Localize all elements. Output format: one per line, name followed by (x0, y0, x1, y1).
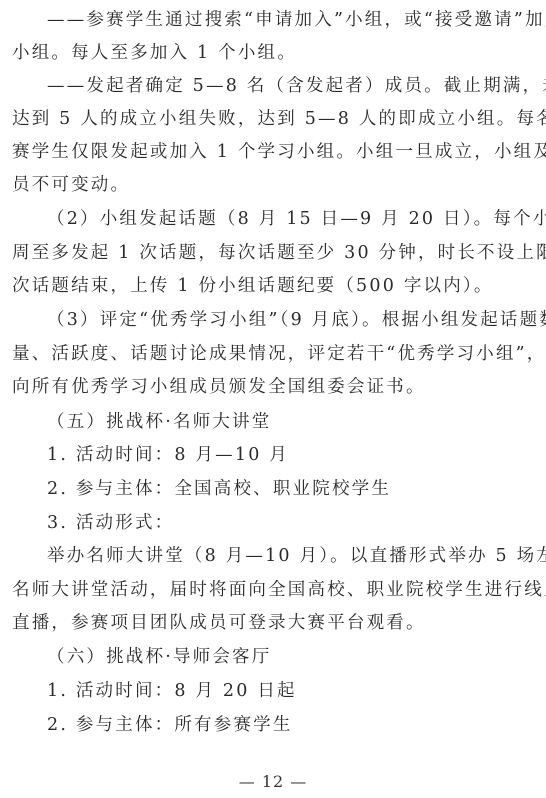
paragraph-line: 达到 5 人的成立小组失败，达到 5—8 人的即成立小组。每名参 (12, 103, 536, 136)
paragraph-line: 员不可变动。 (12, 169, 536, 202)
paragraph-line: 次话题结束，上传 1 份小组话题纪要（500 字以内）。 (12, 270, 536, 303)
list-item: 3. 活动形式： (47, 507, 536, 540)
paragraph-line: 小组。每人至多加入 1 个小组。 (12, 37, 536, 70)
paragraph-line: （3）评定“优秀学习小组”（9 月底）。根据小组发起话题数 (47, 304, 536, 337)
paragraph-line: ——参赛学生通过搜索“申请加入”小组，或“接受邀请”加入 (47, 4, 536, 37)
paragraph-line: 直播，参赛项目团队成员可登录大赛平台观看。 (12, 607, 536, 640)
list-item: 1. 活动时间：8 月—10 月 (47, 439, 536, 472)
paragraph-line: （2）小组发起话题（8 月 15 日—9 月 20 日）。每个小组每 (47, 203, 536, 236)
paragraph-line: 向所有优秀学习小组成员颁发全国组委会证书。 (12, 371, 536, 404)
section-heading: （六）挑战杯·导师会客厅 (47, 641, 536, 674)
paragraph-line: 名师大讲堂活动，届时将面向全国高校、职业院校学生进行线上 (12, 574, 536, 607)
paragraph-line: ——发起者确定 5—8 名（含发起者）成员。截止期满，未 (47, 70, 536, 103)
paragraph-line: 周至多发起 1 次话题，每次话题至少 30 分钟，时长不设上限。1 (12, 237, 536, 270)
document-page: ——参赛学生通过搜索“申请加入”小组，或“接受邀请”加入 小组。每人至多加入 1… (0, 0, 546, 798)
paragraph-line: 举办名师大讲堂（8 月—10 月）。以直播形式举办 5 场左右 (47, 540, 536, 573)
list-item: 1. 活动时间：8 月 20 日起 (47, 675, 536, 708)
section-heading: （五）挑战杯·名师大讲堂 (47, 406, 536, 439)
paragraph-line: 量、活跃度、话题讨论成果情况，评定若干“优秀学习小组”，面 (12, 338, 536, 371)
list-item: 2. 参与主体：所有参赛学生 (47, 709, 536, 742)
list-item: 2. 参与主体：全国高校、职业院校学生 (47, 473, 536, 506)
paragraph-line: 赛学生仅限发起或加入 1 个学习小组。小组一旦成立，小组及成 (12, 136, 536, 169)
page-number: — 12 — (0, 772, 546, 791)
